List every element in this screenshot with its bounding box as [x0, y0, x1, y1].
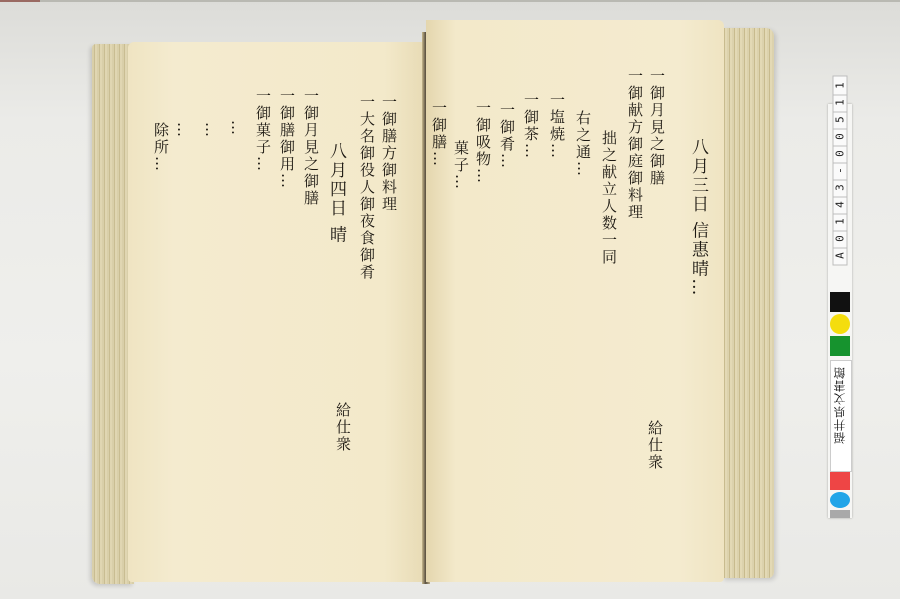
right-col-7: 一御肴…: [499, 102, 514, 170]
right-col-5: 一塩焼…: [549, 92, 564, 160]
right-col-10: 一御膳…: [431, 100, 446, 168]
id-char: 3: [833, 178, 848, 198]
institution-label: 福井県文書館: [831, 366, 848, 444]
right-col-1: 一御月見之御膳: [649, 68, 664, 187]
right-col-3: 拙之献立人数一同: [601, 130, 616, 266]
left-col-7: …: [229, 120, 244, 137]
cyan-swatch: [830, 492, 850, 508]
green-swatch: [830, 336, 850, 356]
id-char: 0: [833, 127, 848, 147]
right-page: 八月三日 信惠晴… 一御月見之御膳 一御献方御庭御料理 拙之献立人数一同 右之通…: [426, 20, 724, 582]
id-char: 0: [833, 144, 848, 164]
left-col-2: 一大名御役人御夜食御肴: [359, 94, 374, 281]
left-signature: 給仕衆: [335, 402, 350, 453]
left-date-heading: 八月四日 晴: [327, 142, 344, 244]
red-swatch: [830, 472, 850, 490]
id-char: 5: [833, 110, 848, 130]
left-col-4: 一御月見之御膳: [303, 88, 318, 207]
id-char: 4: [833, 195, 848, 215]
top-border: [0, 0, 900, 2]
yellow-swatch: [830, 314, 850, 334]
top-border-accent: [0, 0, 40, 2]
left-col-10: 除所…: [153, 122, 168, 173]
right-col-8: 一御吸物…: [475, 100, 490, 185]
right-signature: 給仕衆: [647, 420, 662, 471]
left-col-5: 一御膳御用…: [279, 88, 294, 190]
right-col-6: 一御茶…: [523, 92, 538, 160]
id-char: A: [833, 246, 848, 266]
right-col-4: 右之通…: [575, 110, 590, 178]
id-char: 1: [833, 76, 848, 96]
left-page: 一御膳方御料理 一大名御役人御夜食御肴 八月四日 晴 一御月見之御膳 一御膳御用…: [128, 42, 430, 582]
open-book: 一御膳方御料理 一大名御役人御夜食御肴 八月四日 晴 一御月見之御膳 一御膳御用…: [92, 22, 782, 590]
right-col-9: 菓子…: [453, 140, 468, 191]
left-col-6: 一御菓子…: [255, 88, 270, 173]
left-col-8: …: [203, 122, 218, 139]
right-col-2: 一御献方御庭御料理: [627, 68, 642, 221]
archive-id-code: A 0 1 4 3 - 0 0 5 1 1: [828, 104, 852, 264]
left-col-1: 一御膳方御料理: [381, 94, 396, 213]
id-char: 1: [833, 93, 848, 113]
left-col-9: …: [175, 122, 190, 139]
right-page-block-edge: [722, 28, 774, 578]
black-swatch: [830, 292, 850, 312]
id-char: -: [833, 161, 848, 181]
color-scale-bar: A 0 1 4 3 - 0 0 5 1 1 福井県文書館: [828, 104, 852, 518]
gray-swatch: [830, 510, 850, 518]
id-char: 0: [833, 229, 848, 249]
right-date-heading: 八月三日 信惠晴…: [689, 138, 706, 297]
id-char: 1: [833, 212, 848, 232]
